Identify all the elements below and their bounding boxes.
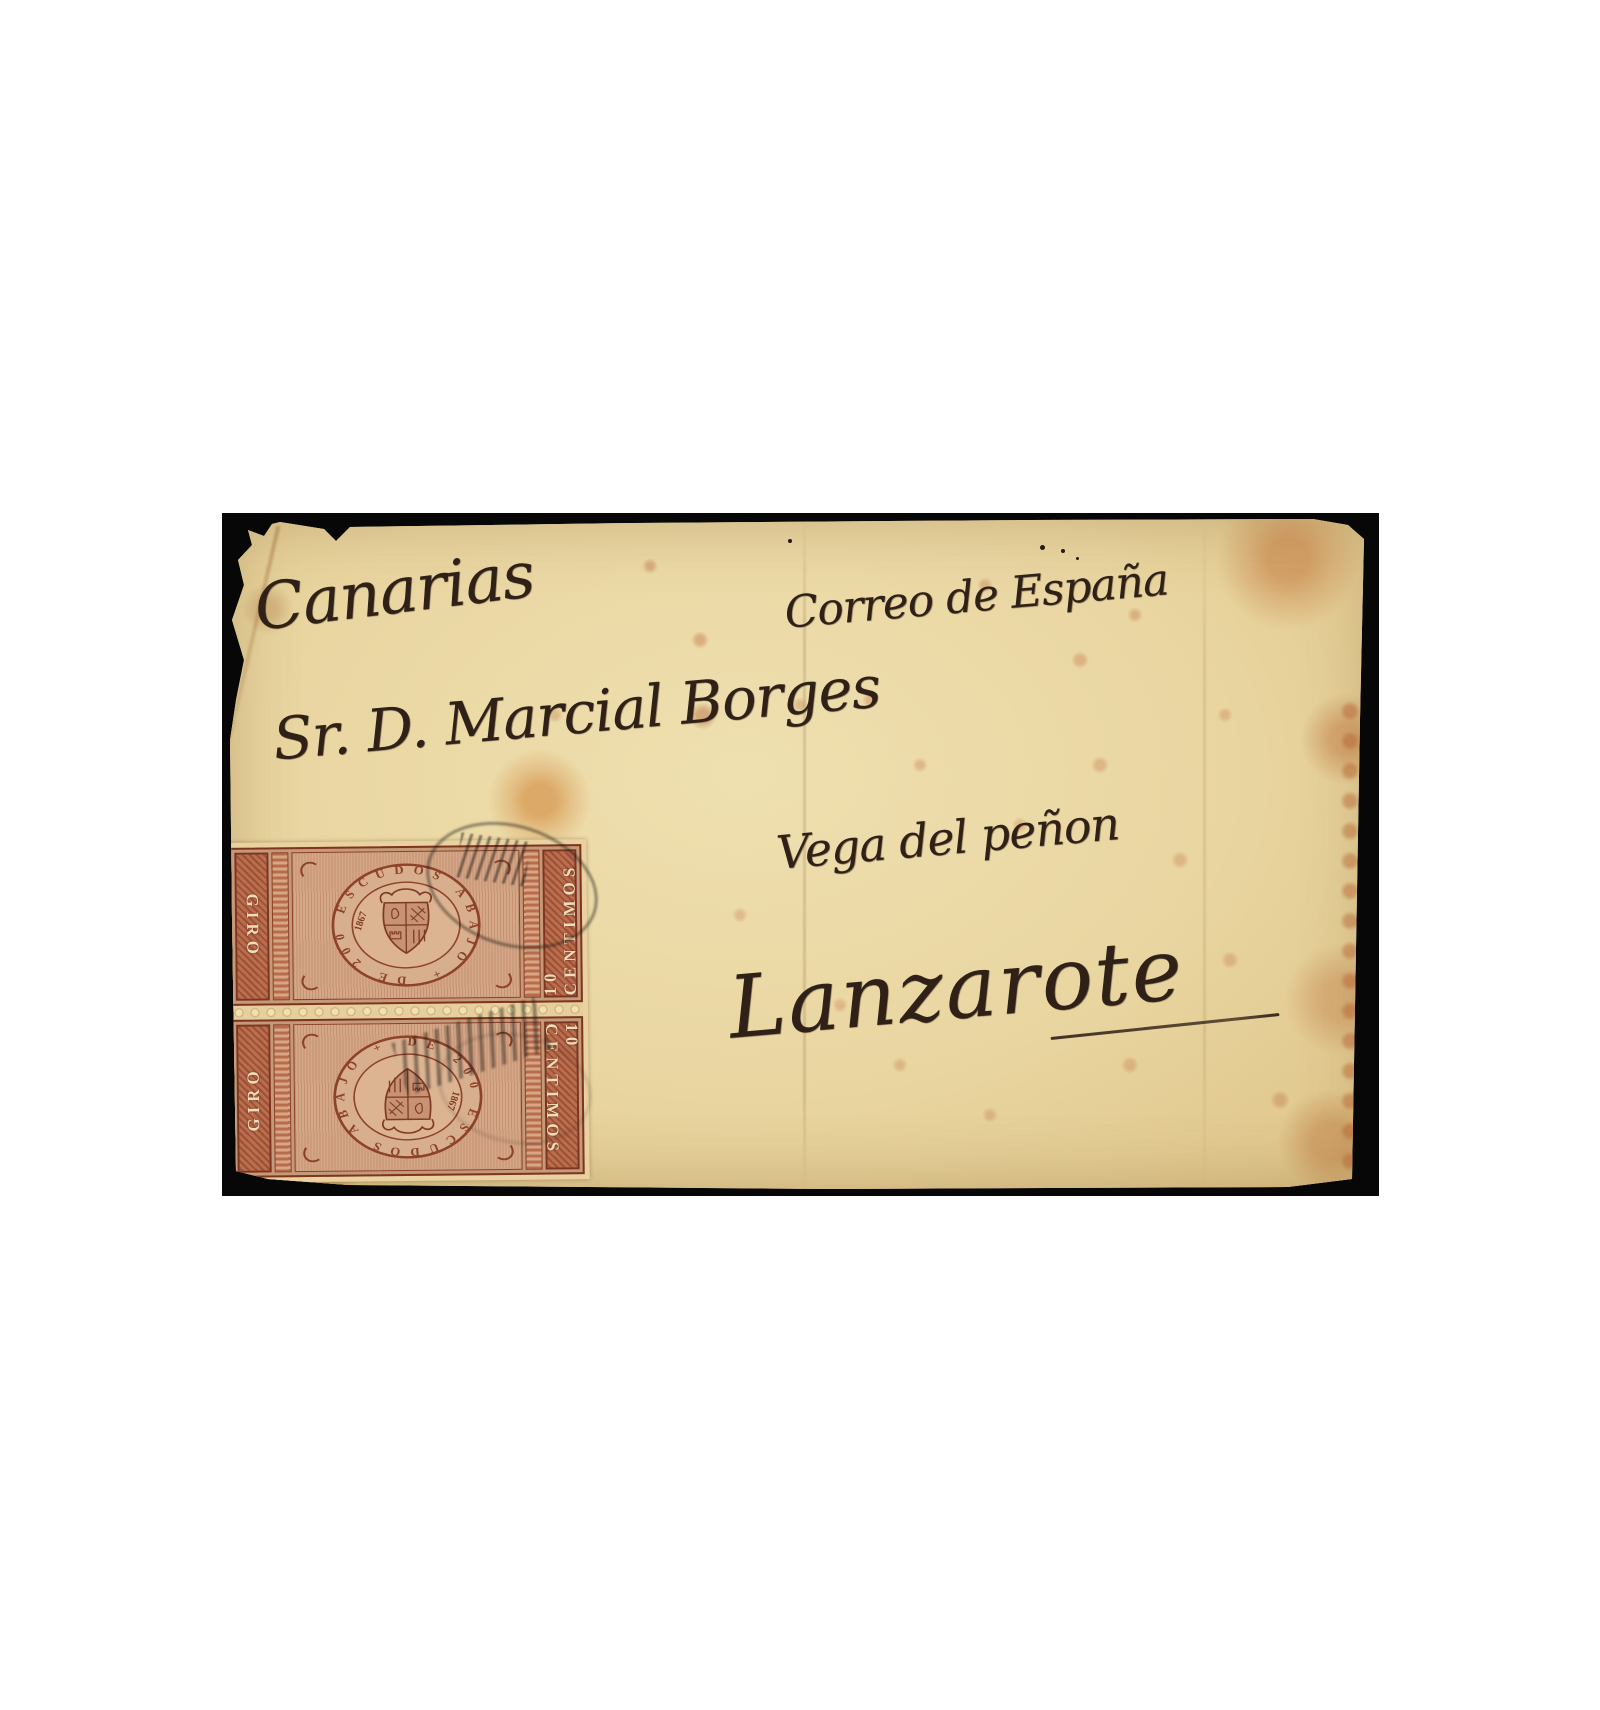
ink-speck	[1040, 545, 1045, 550]
envelope: Canarias Correo de España Sr. D. Marcial…	[228, 519, 1373, 1190]
postmark-smudge	[455, 832, 531, 886]
handwriting-destination-region: Canarias	[251, 538, 538, 646]
ink-speck	[1076, 557, 1079, 560]
stamp-value-label: 10 CENTIMOS	[539, 851, 581, 995]
page: Canarias Correo de España Sr. D. Marcial…	[0, 0, 1600, 1710]
photo-mat: Canarias Correo de España Sr. D. Marcial…	[222, 513, 1379, 1196]
giro-stamp-top: GIRO DE 200 ESCUDOS ABAJO + 1867	[229, 844, 583, 1006]
stamp-ornament-pillar	[271, 852, 290, 1000]
stamp-right-panel: GIRO	[236, 1024, 272, 1172]
stamp-ornament-pillar	[273, 1024, 292, 1172]
ink-speck	[1061, 549, 1065, 553]
stamp-right-panel: 10 CENTIMOS	[542, 849, 578, 997]
handwriting-locality: Vega del peñon	[774, 796, 1121, 880]
handwriting-carrier-note: Correo de España	[783, 554, 1171, 638]
giro-label: GIRO	[244, 1066, 265, 1132]
handwriting-destination-island: Lanzarote	[725, 919, 1189, 1058]
vertical-fold-crease	[1203, 519, 1206, 1190]
stamp-left-panel: GIRO	[234, 852, 270, 1000]
stamp-left-panel: 10 CENTIMOS	[544, 1021, 580, 1169]
ink-speck	[788, 539, 792, 543]
aging-stain-edge	[1337, 699, 1363, 1180]
handwriting-addressee: Sr. D. Marcial Borges	[270, 653, 883, 774]
giro-label: GIRO	[242, 894, 263, 960]
